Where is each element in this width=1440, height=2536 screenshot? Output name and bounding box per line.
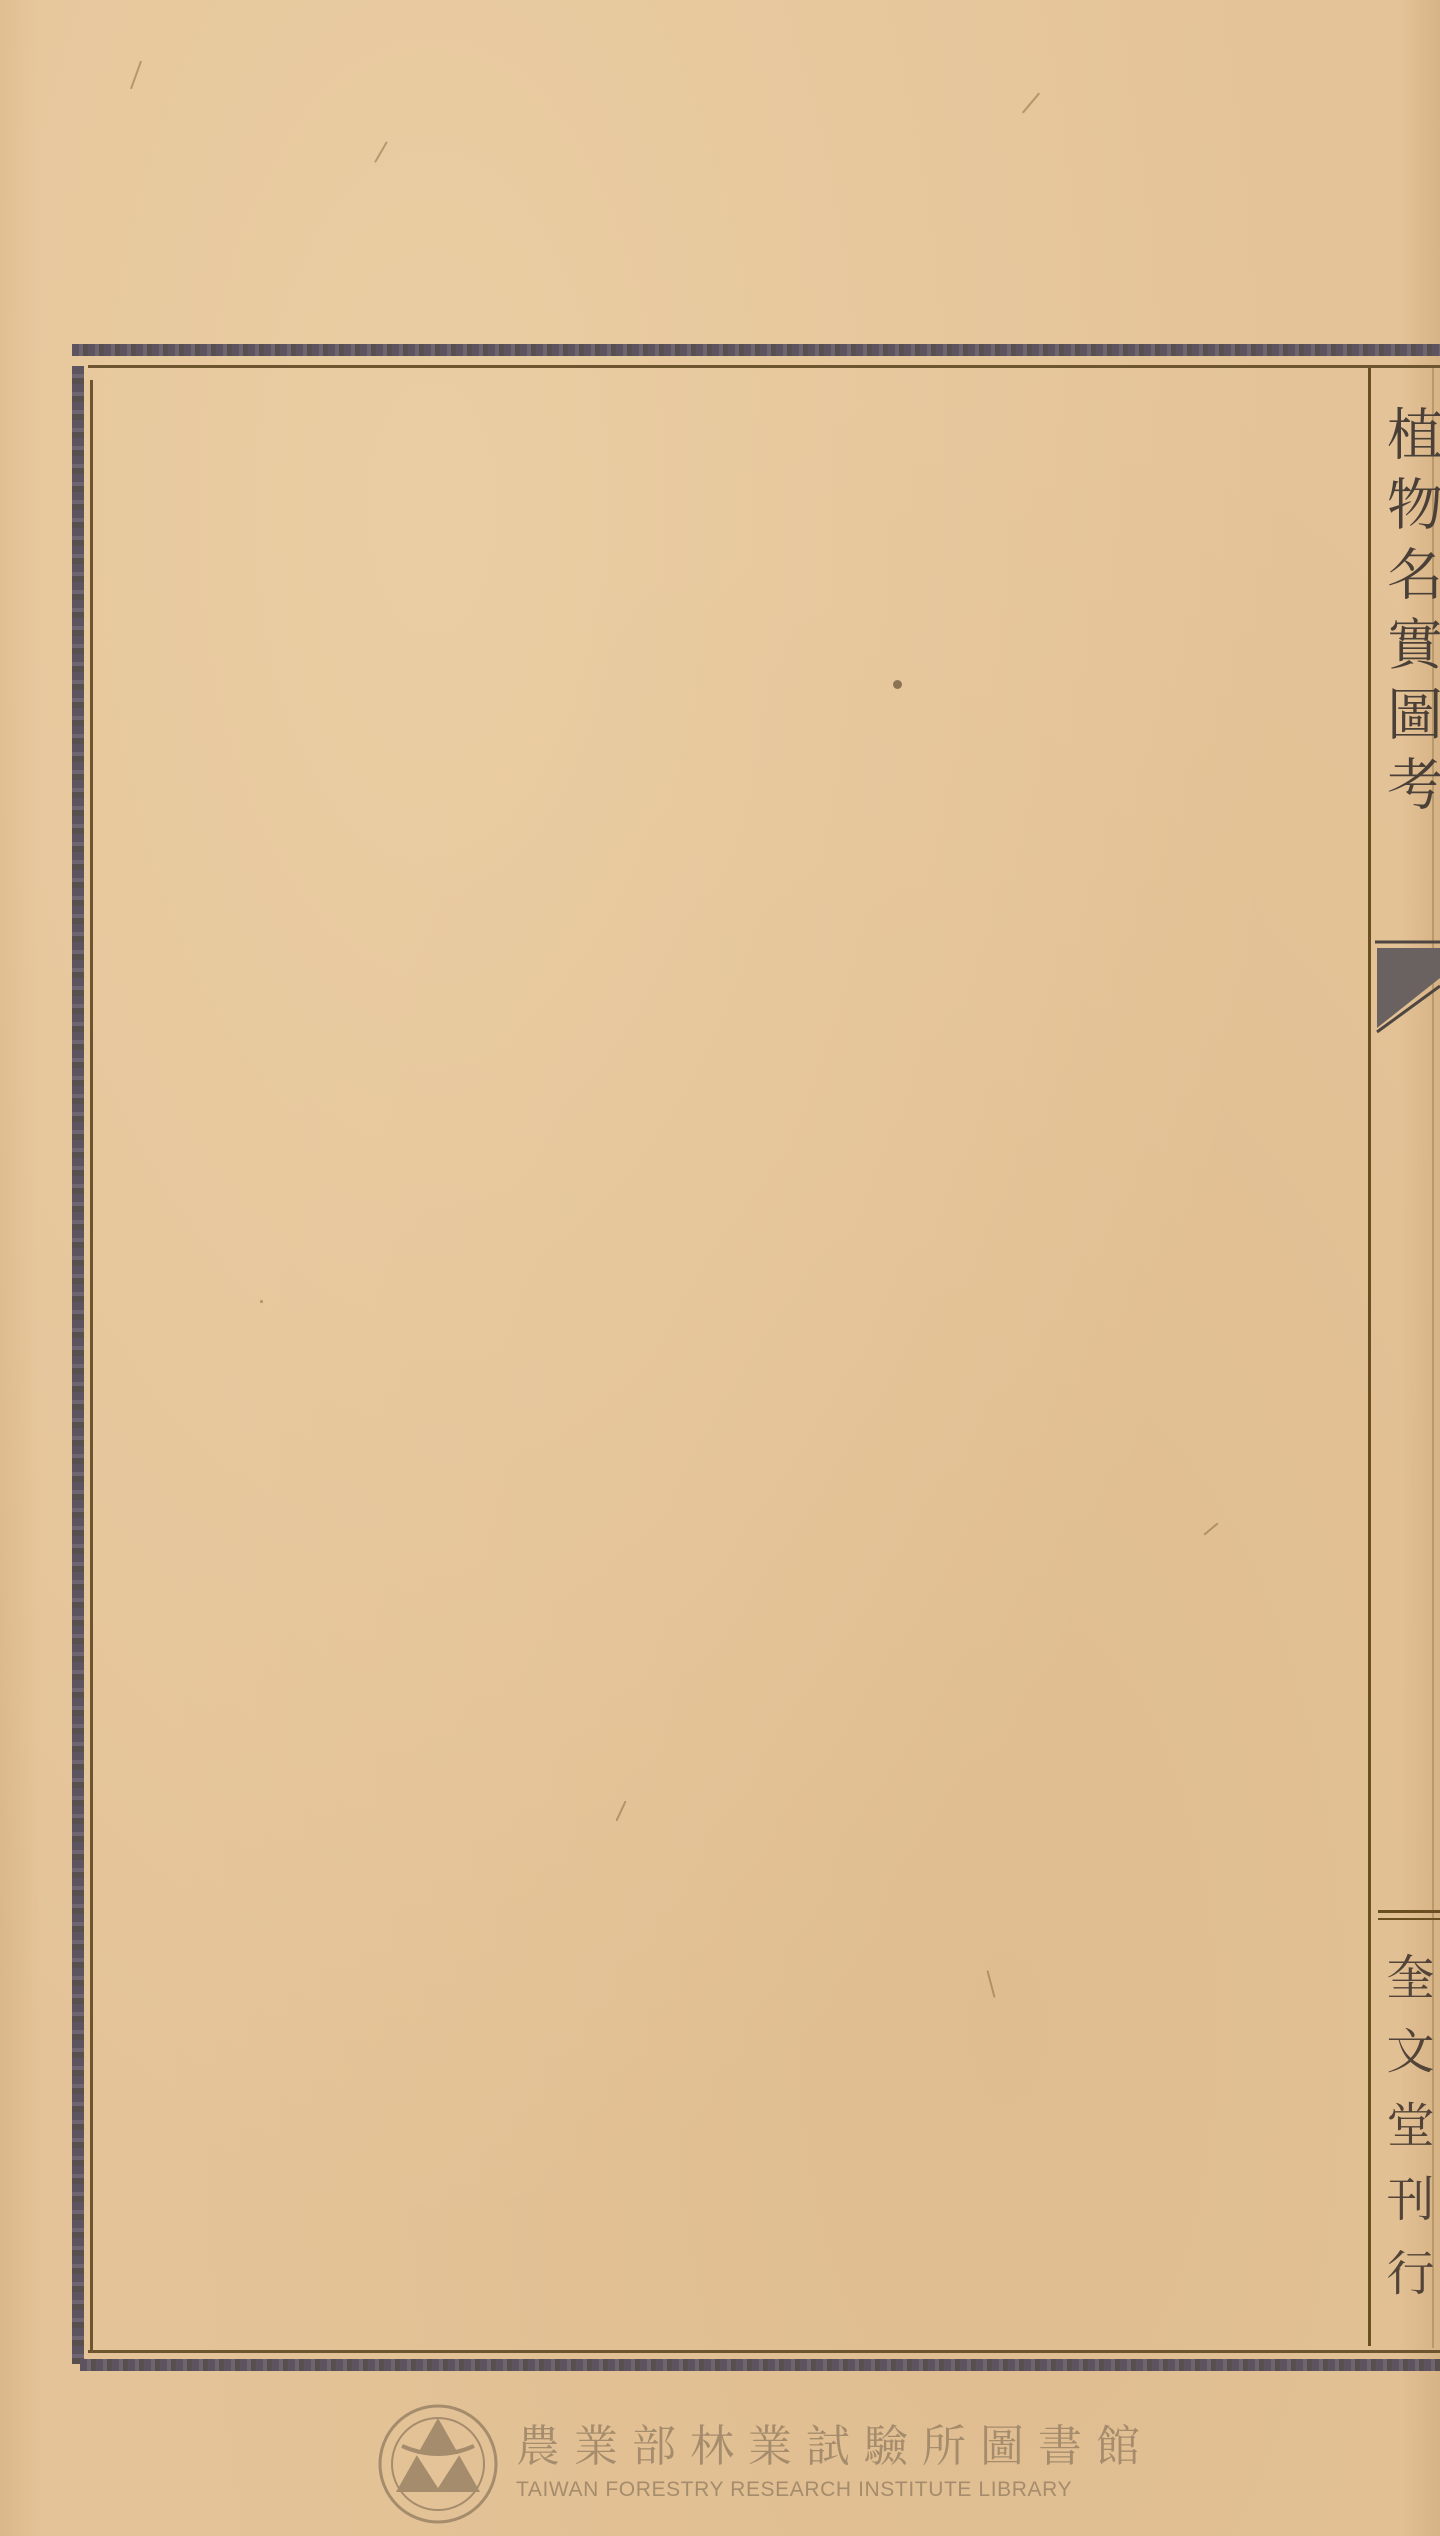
paper-fleck xyxy=(986,1970,995,1998)
publisher-top-line xyxy=(1378,1918,1440,1920)
frame-left-border xyxy=(72,366,84,2364)
frame-top-inner-line xyxy=(88,365,1440,368)
bleed-through-text xyxy=(150,420,194,2320)
frame-top-border xyxy=(72,344,1440,356)
library-logo-icon: 1896 xyxy=(376,2402,500,2526)
frame-bottom-inner-line xyxy=(88,2350,1440,2353)
bleed-through-text xyxy=(260,420,304,2320)
paper-fleck xyxy=(893,680,902,689)
bleed-through-text xyxy=(460,420,504,2320)
book-title: 植物名實圖考 xyxy=(1380,405,1440,965)
library-name-en: TAIWAN FORESTRY RESEARCH INSTITUTE LIBRA… xyxy=(516,2478,1072,2502)
bleed-through-text xyxy=(360,420,404,2320)
publisher-imprint: 奎文堂刊行 xyxy=(1378,1952,1434,2322)
logo-year: 1896 xyxy=(423,2495,454,2509)
paper-fleck xyxy=(130,61,142,90)
paper-fleck xyxy=(1022,92,1040,113)
bleed-through-text xyxy=(560,420,604,2320)
frame-left-inner-line xyxy=(90,380,93,2350)
paper-fleck xyxy=(615,1801,626,1822)
fishtail-icon xyxy=(1375,938,1440,1034)
library-watermark: 1896 農業部林業試驗所圖書館 TAIWAN FORESTRY RESEARC… xyxy=(376,2402,1096,2532)
publisher-top-line xyxy=(1378,1910,1440,1913)
center-column-divider xyxy=(1368,368,1371,2346)
library-name-cn: 農業部林業試驗所圖書館 xyxy=(516,2410,1154,2474)
paper-fleck xyxy=(1203,1522,1218,1535)
paper-fleck xyxy=(374,141,388,163)
frame-bottom-border xyxy=(80,2359,1440,2371)
